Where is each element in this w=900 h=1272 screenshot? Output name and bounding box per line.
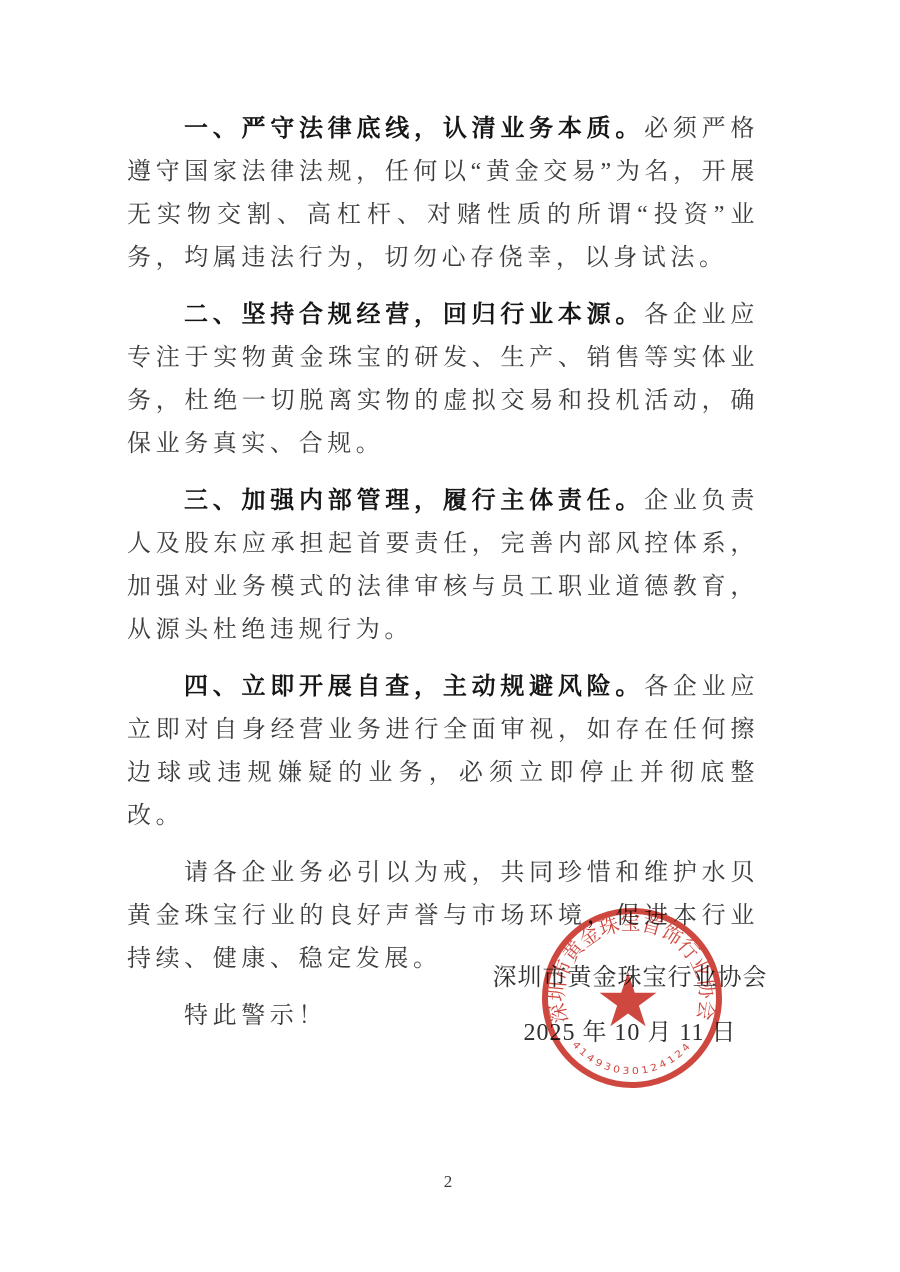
notice-paragraph-2: 二、坚持合规经营，回归行业本源。各企业应专注于实物黄金珠宝的研发、生产、销售等实…	[127, 294, 759, 466]
page-number: 2	[428, 1172, 468, 1192]
paragraph-2-lead: 二、坚持合规经营，回归行业本源。	[184, 302, 644, 328]
notice-paragraph-1: 一、严守法律底线，认清业务本质。必须严格遵守国家法律法规，任何以“黄金交易”为名…	[127, 108, 759, 280]
official-seal-stamp: 深圳市黄金珠宝首饰行业协会 41493030124124	[522, 888, 742, 1108]
notice-paragraph-3: 三、加强内部管理，履行主体责任。企业负责人及股东应承担起首要责任，完善内部风控体…	[127, 480, 759, 652]
notice-document-page: 一、严守法律底线，认清业务本质。必须严格遵守国家法律法规，任何以“黄金交易”为名…	[0, 0, 900, 1272]
paragraph-1-lead: 一、严守法律底线，认清业务本质。	[184, 116, 644, 142]
paragraph-3-lead: 三、加强内部管理，履行主体责任。	[184, 488, 644, 514]
star-icon	[600, 972, 657, 1026]
notice-paragraph-4: 四、立即开展自查，主动规避风险。各企业应立即对自身经营业务进行全面审视，如存在任…	[127, 666, 759, 838]
paragraph-4-lead: 四、立即开展自查，主动规避风险。	[184, 674, 644, 700]
